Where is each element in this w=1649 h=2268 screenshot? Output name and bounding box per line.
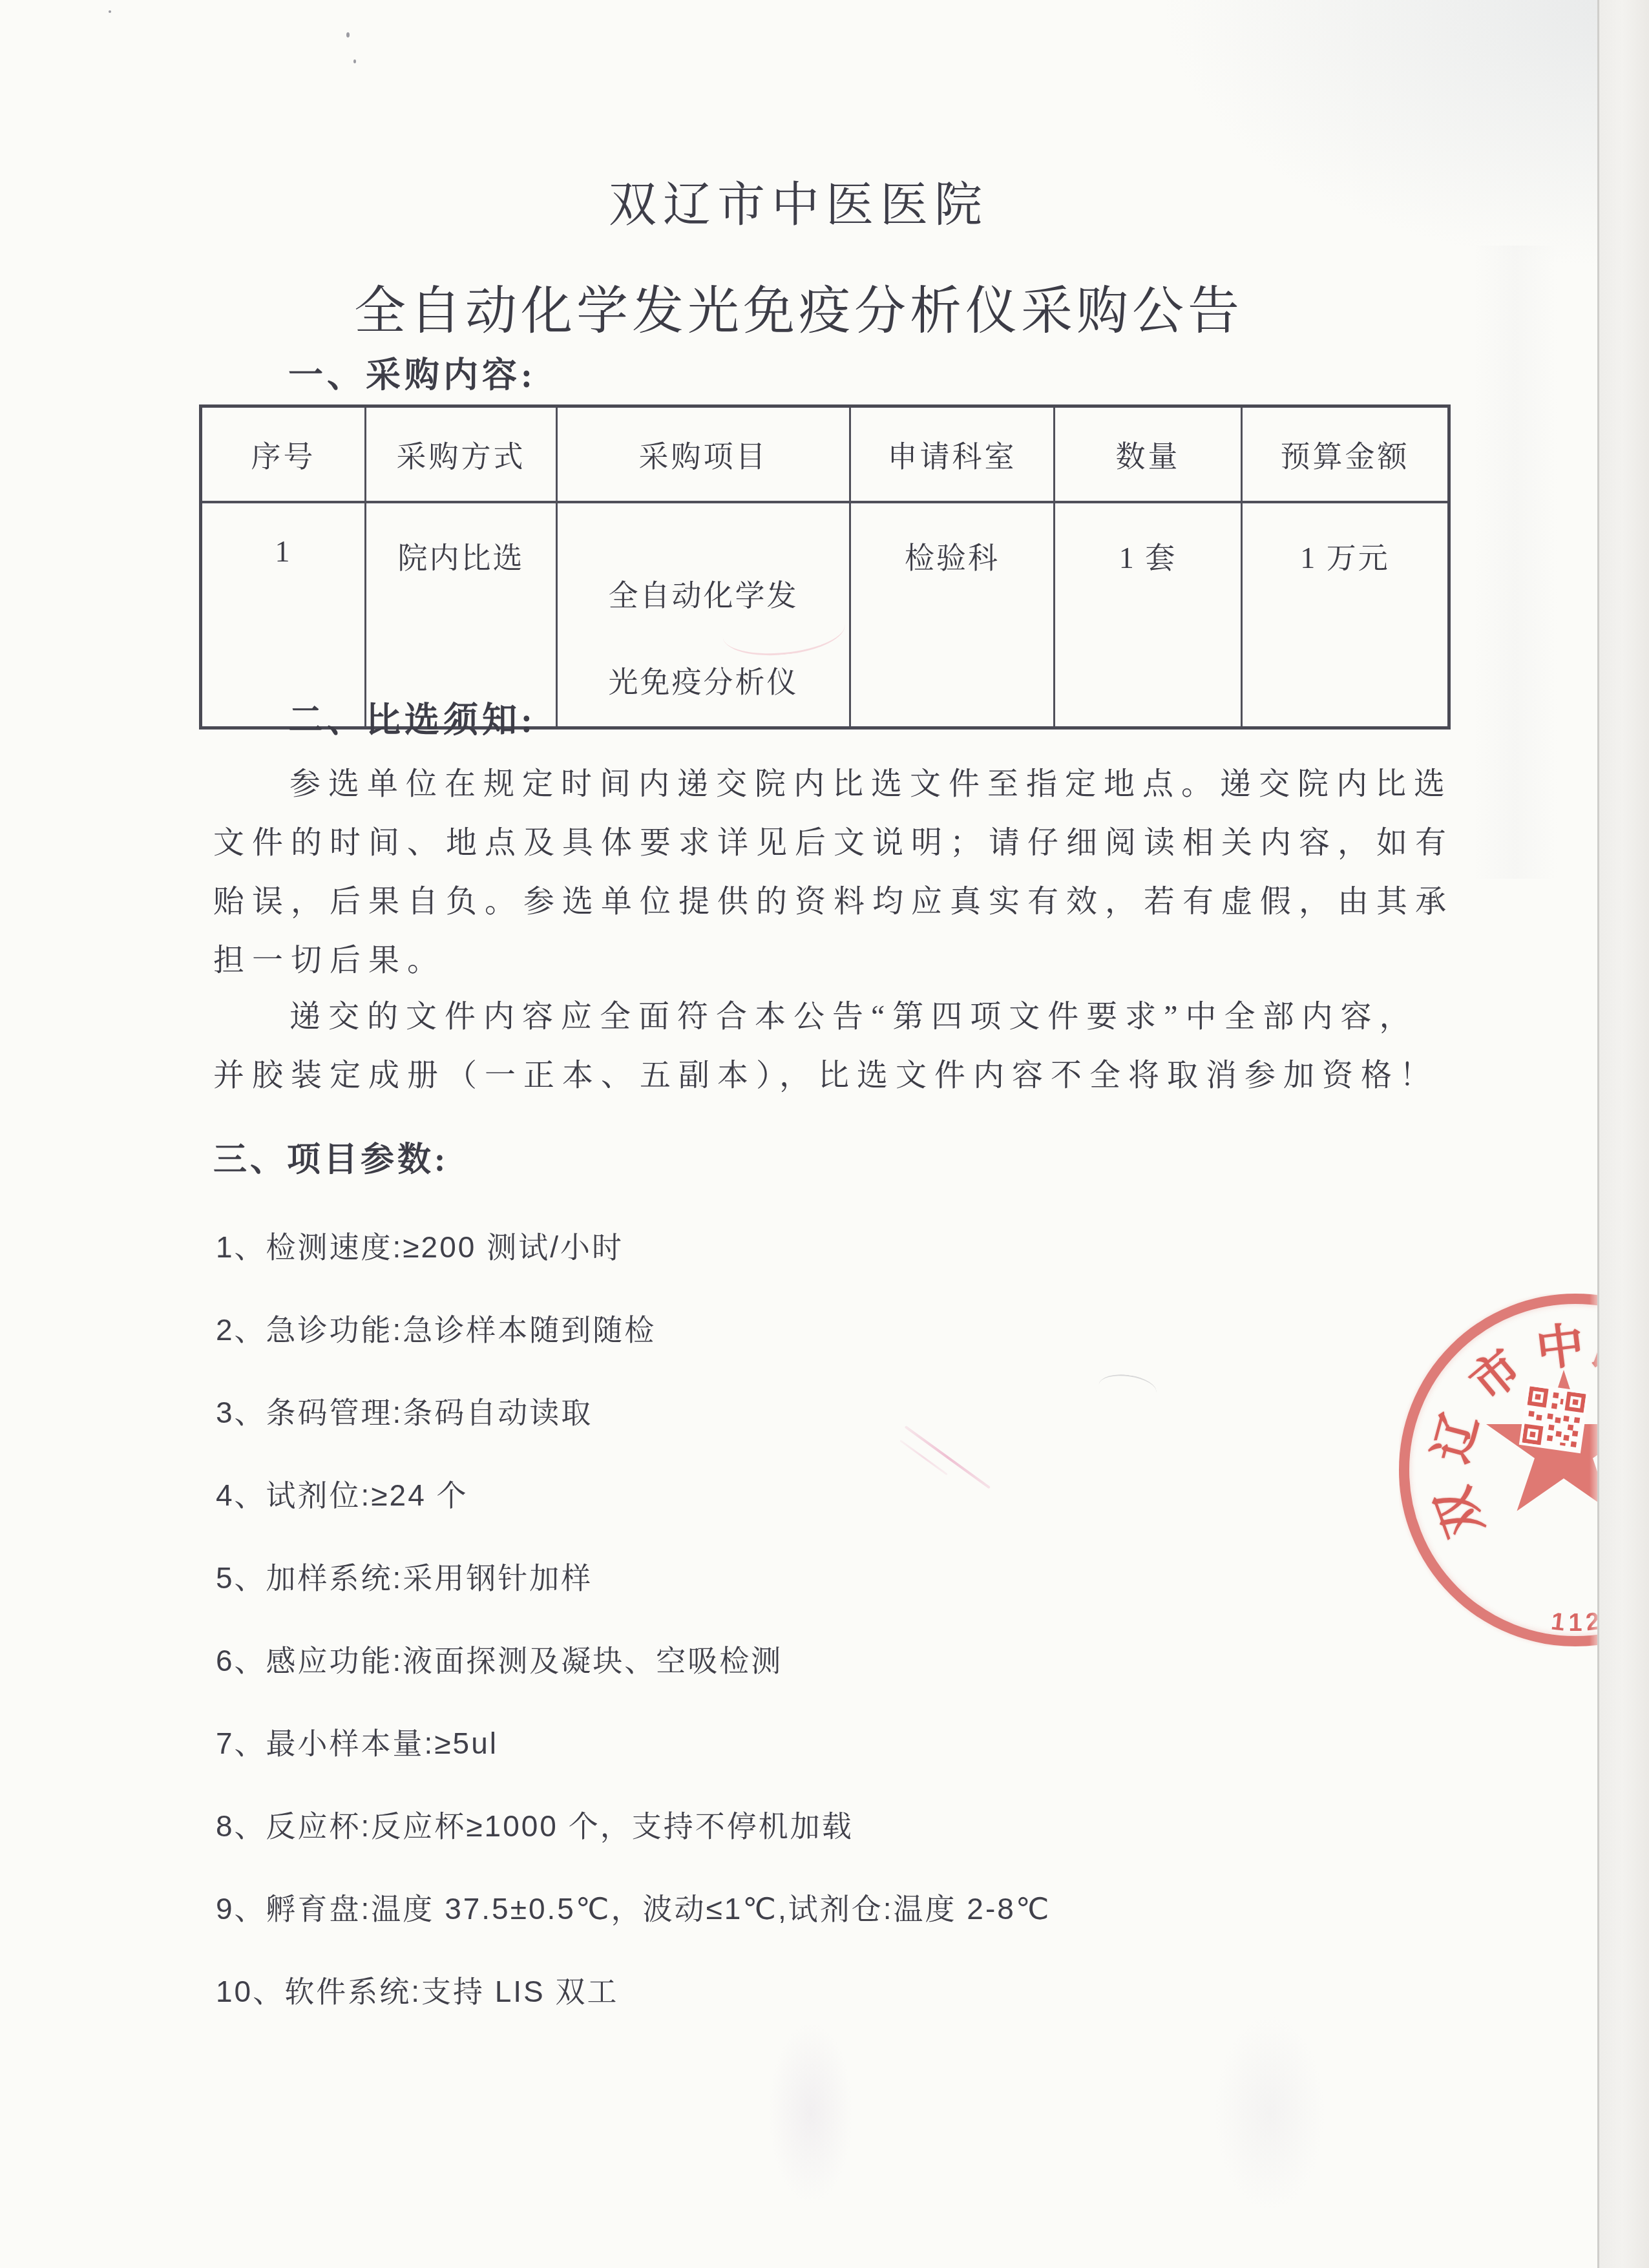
parameter-item: 5、加样系统:采用钢针加样: [216, 1537, 1051, 1619]
paragraph-line: 递交的文件内容应全面符合本公告“第四项文件要求”中全部内容，: [213, 987, 1473, 1046]
scan-speck: [346, 32, 350, 37]
cell-item-line1: 全自动化学发: [558, 552, 848, 639]
cell-department: 检验科: [850, 502, 1055, 728]
header-seq: 序号: [201, 406, 366, 503]
paragraph-line: 贻误，后果自负。参选单位提供的资料均应真实有效，若有虚假，由其承: [213, 872, 1473, 931]
scan-speck: [109, 10, 111, 13]
section3-heading: 三、项目参数:: [213, 1132, 448, 1181]
parameter-item: 9、孵育盘:温度 37.5±0.5℃，波动≤1℃,试剂仓:温度 2-8℃: [216, 1867, 1051, 1950]
notice-title: 全自动化学发光免疫分析仪采购公告: [0, 269, 1597, 343]
parameter-item: 10、软件系统:支持 LIS 双工: [216, 1950, 1051, 2033]
header-budget: 预算金额: [1242, 406, 1449, 503]
header-item: 采购项目: [557, 406, 850, 503]
parameter-item: 1、检测速度:≥200 测试/小时: [216, 1206, 1051, 1288]
cell-quantity: 1 套: [1055, 502, 1242, 728]
parameter-item: 4、试剂位:≥24 个: [216, 1454, 1051, 1537]
scan-smudge: [769, 2022, 853, 2203]
scan-smudge: [1215, 2016, 1325, 2210]
scan-arc-mark: [1097, 1371, 1159, 1406]
hospital-title: 双辽市中医医院: [0, 167, 1597, 235]
stamp-arc-char: 中: [1531, 1319, 1589, 1377]
parameter-item: 2、急诊功能:急诊样本随到随检: [216, 1288, 1051, 1371]
header-method: 采购方式: [366, 406, 557, 503]
cell-item-line2: 光免疫分析仪: [558, 639, 848, 726]
notice-paragraph-1: 参选单位在规定时间内递交院内比选文件至指定地点。递交院内比选 文件的时间、地点及…: [213, 755, 1473, 990]
notice-paragraph-2: 递交的文件内容应全面符合本公告“第四项文件要求”中全部内容， 并胶装定成册（一正…: [213, 987, 1473, 1105]
section2-heading: 二、比选须知:: [288, 693, 536, 742]
table-header-row: 序号 采购方式 采购项目 申请科室 数量 预算金额: [201, 406, 1449, 503]
header-quantity: 数量: [1055, 406, 1242, 503]
section1-heading: 一、采购内容:: [288, 348, 536, 397]
scanned-procurement-notice: 双辽市中医医院 全自动化学发光免疫分析仪采购公告 一、采购内容: 序号 采购方式…: [0, 0, 1649, 2268]
paragraph-line: 并胶装定成册（一正本、五副本），比选文件内容不全将取消参加资格！: [213, 1046, 1473, 1105]
header-department: 申请科室: [850, 406, 1055, 503]
paragraph-line: 担一切后果。: [213, 931, 1473, 990]
paragraph-line: 参选单位在规定时间内递交院内比选文件至指定地点。递交院内比选: [213, 755, 1473, 814]
qr-code-icon: [1519, 1383, 1589, 1453]
paragraph-line: 文件的时间、地点及具体要求详见后文说明；请仔细阅读相关内容，如有: [213, 814, 1473, 872]
stamp-serial-digit: 1: [1544, 1605, 1573, 1639]
scan-speck: [353, 59, 356, 63]
paper-edge: [1597, 0, 1649, 2268]
parameter-item: 8、反应杯:反应杯≥1000 个，支持不停机加载: [216, 1785, 1051, 1867]
parameter-item: 3、条码管理:条码自动读取: [216, 1371, 1051, 1454]
purchase-table: 序号 采购方式 采购项目 申请科室 数量 预算金额 1 院内比选 全自动化学发 …: [199, 404, 1451, 730]
parameter-item: 7、最小样本量:≥5ul: [216, 1702, 1051, 1785]
parameter-item: 6、感应功能:液面探测及凝块、空吸检测: [216, 1619, 1051, 1702]
parameter-list: 1、检测速度:≥200 测试/小时 2、急诊功能:急诊样本随到随检 3、条码管理…: [216, 1206, 1051, 2033]
cell-item: 全自动化学发 光免疫分析仪: [557, 502, 850, 728]
cell-budget: 1 万元: [1242, 502, 1449, 728]
